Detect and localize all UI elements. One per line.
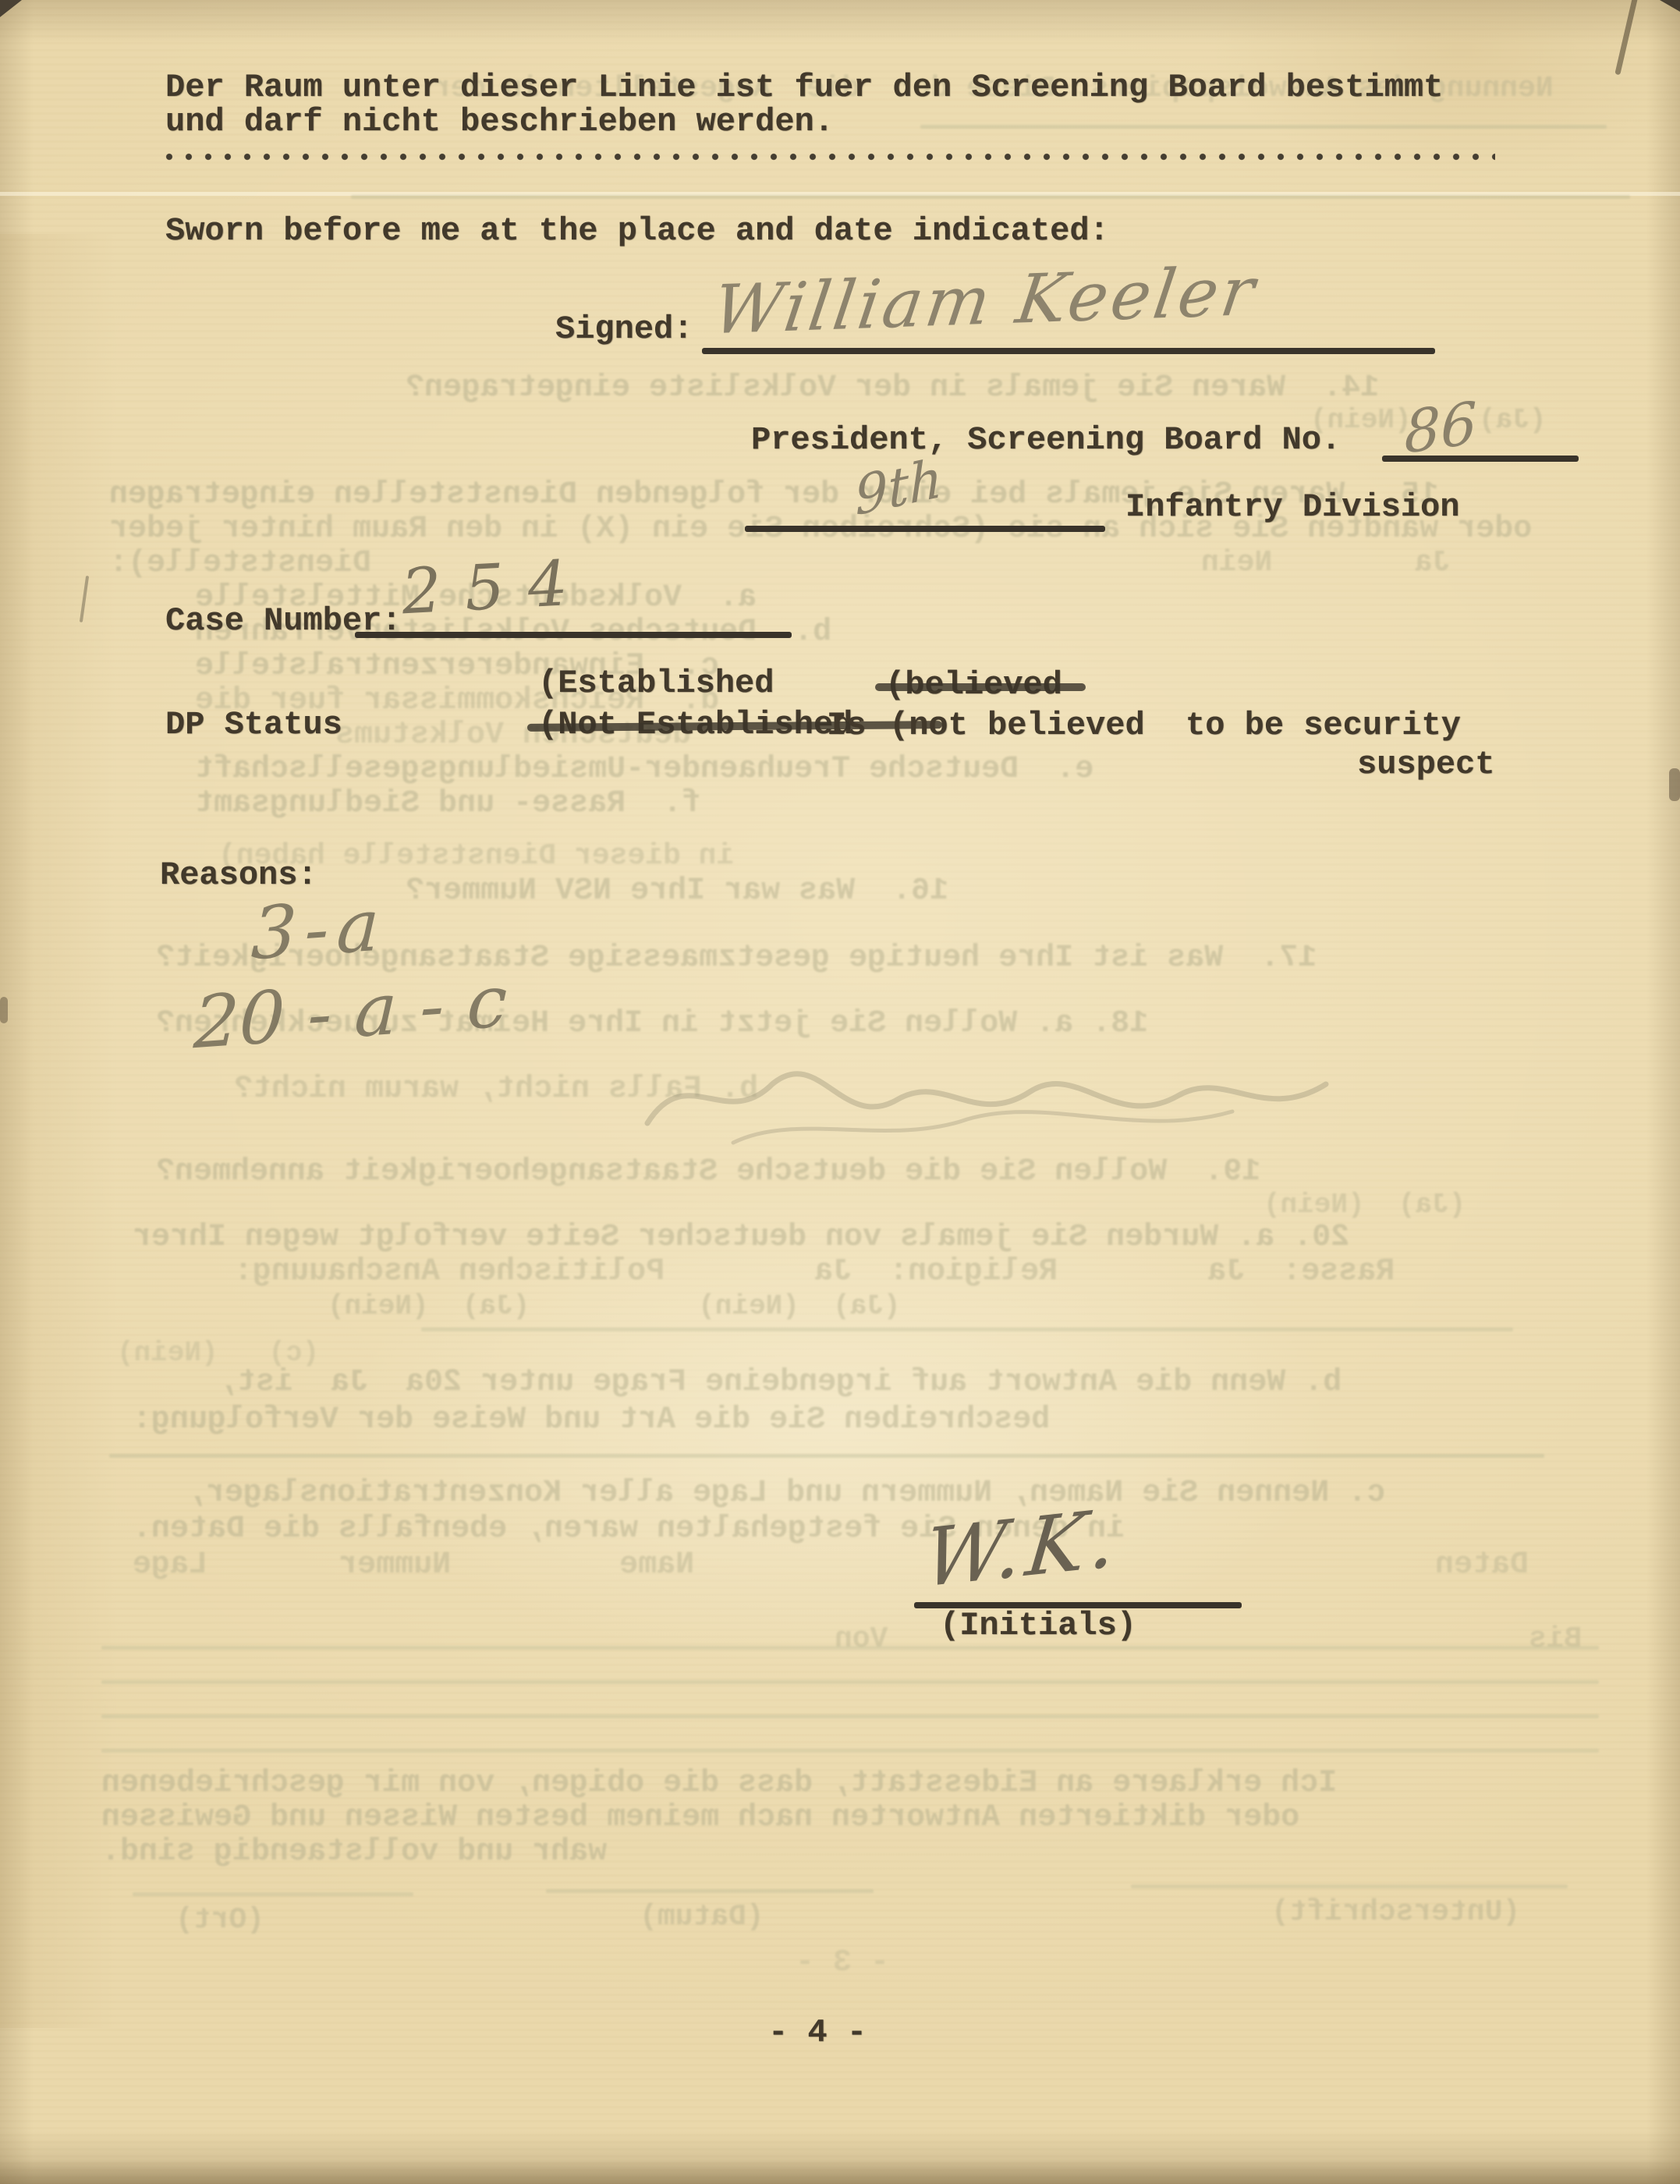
initials-caption: (Initials) bbox=[940, 1607, 1136, 1644]
bleedthrough-line: 20. a. Wurden Sie jemals von deutscher S… bbox=[133, 1220, 1349, 1255]
bleedthrough-rule bbox=[920, 125, 1607, 129]
bleedthrough-line: e. Deutsche Treuhaender-Umsiedlungsgesel… bbox=[195, 752, 1093, 787]
dp-status-label: DP Status bbox=[165, 706, 342, 743]
bleedthrough-rule bbox=[133, 1892, 413, 1896]
bleedthrough-scrawl bbox=[640, 1037, 1342, 1154]
bleedthrough-line: beschreiben Sie die Art und Weise der Ve… bbox=[133, 1402, 1050, 1438]
bleedthrough-line: oder diktierten Antworten nach meinem be… bbox=[101, 1800, 1299, 1835]
bleedthrough-line: b. Wenn die Antwort auf irgendeine Frage… bbox=[218, 1365, 1342, 1400]
bleedthrough-line: (Ja) (Nein) (Ja) (Nein) bbox=[328, 1290, 901, 1322]
bleedthrough-rule bbox=[1131, 1884, 1568, 1888]
bleedthrough-rule bbox=[351, 195, 1630, 199]
dp-option-established: (Established bbox=[538, 665, 774, 702]
bleedthrough-line: (Ja) (Nein) bbox=[1264, 1189, 1466, 1221]
division-number-line bbox=[745, 526, 1105, 532]
german-notice-line1: Der Raum unter dieser Linie ist fuer den… bbox=[165, 69, 1443, 106]
edge-mark-left bbox=[0, 997, 8, 1023]
bleedthrough-line: Ich erklaere an Eidesstatt, dass die obi… bbox=[101, 1766, 1337, 1801]
case-number-line bbox=[355, 632, 792, 638]
bleedthrough-line: Ja Nein bbox=[1201, 546, 1450, 580]
bleedthrough-rule bbox=[101, 1714, 1599, 1718]
case-number-handwriting: 254 bbox=[400, 546, 593, 629]
dotted-separator bbox=[165, 153, 1495, 161]
bleedthrough-line: 16. Was war Ihre NSV Nummer? bbox=[406, 874, 948, 909]
document-page: Nennung des Ausweispapiers. Diese der di… bbox=[0, 0, 1680, 2184]
bleedthrough-line: Von bbox=[835, 1622, 888, 1656]
reasons-label: Reasons: bbox=[160, 856, 317, 894]
bleedthrough-line: wahr und vollstaendig sind. bbox=[101, 1835, 607, 1870]
paper-blotch bbox=[0, 234, 117, 2028]
bleedthrough-line: - 3 - bbox=[796, 1945, 889, 1980]
signature-handwriting: William Keeler bbox=[708, 253, 1262, 350]
president-board-label: President, Screening Board No. bbox=[751, 421, 1341, 459]
bleedthrough-rule bbox=[546, 1889, 874, 1893]
bleedthrough-line: 14. Waren Sie jemals in der Volksliste e… bbox=[406, 370, 1379, 406]
bleedthrough-line: f. Rasse- und Siedlungsamt bbox=[195, 786, 700, 821]
bleedthrough-line: Name Nummer Lage bbox=[133, 1548, 694, 1583]
bleedthrough-line: (c) (Nein) bbox=[117, 1337, 319, 1369]
signature-line bbox=[702, 348, 1435, 354]
corner-notch-top-left bbox=[0, 0, 22, 17]
bleedthrough-line: Dienststelle): bbox=[109, 546, 371, 581]
page-number: - 4 - bbox=[768, 2014, 867, 2051]
bleedthrough-line: Daten bbox=[1435, 1548, 1529, 1583]
german-notice-line2: und darf nicht beschrieben werden. bbox=[165, 103, 834, 140]
dp-is-label: Is bbox=[827, 707, 866, 744]
dp-suffix-line1: to be security bbox=[1186, 707, 1461, 744]
edge-mark-right bbox=[1669, 768, 1680, 801]
bleedthrough-rule bbox=[101, 1680, 1599, 1684]
bleedthrough-rule bbox=[101, 1749, 1599, 1753]
bleedthrough-line: (Ort) bbox=[175, 1903, 264, 1937]
bleedthrough-line: c. Nennen Sie Namen, Nummern und Lage al… bbox=[187, 1476, 1385, 1511]
bleedthrough-line: (Unterschrift) bbox=[1271, 1895, 1520, 1929]
dp-option-not-believed: (not believed bbox=[889, 707, 1145, 744]
bleedthrough-line: Rasse: Ja Religion: Ja Politischen Ansch… bbox=[234, 1254, 1395, 1289]
bottom-edge-shadow bbox=[0, 2159, 1680, 2184]
bleedthrough-rule bbox=[421, 1328, 1513, 1331]
bleedthrough-line: Bis bbox=[1529, 1622, 1582, 1656]
bleedthrough-line: (Datum) bbox=[640, 1900, 764, 1934]
dp-suffix-line2: suspect bbox=[1357, 746, 1494, 783]
strike-believed bbox=[875, 683, 1086, 691]
sworn-statement-line: Sworn before me at the place and date in… bbox=[165, 212, 1109, 250]
signed-label: Signed: bbox=[555, 310, 693, 348]
bleedthrough-rule bbox=[101, 1646, 1599, 1650]
reason-1-handwriting: 3-a bbox=[250, 883, 388, 977]
division-label: Infantry Division bbox=[1125, 488, 1459, 526]
bleedthrough-rule bbox=[109, 1454, 1544, 1458]
board-number-handwriting: 86 bbox=[1404, 389, 1476, 467]
bleedthrough-line: 19. Wollen Sie die deutsche Staatsangeho… bbox=[156, 1154, 1260, 1189]
